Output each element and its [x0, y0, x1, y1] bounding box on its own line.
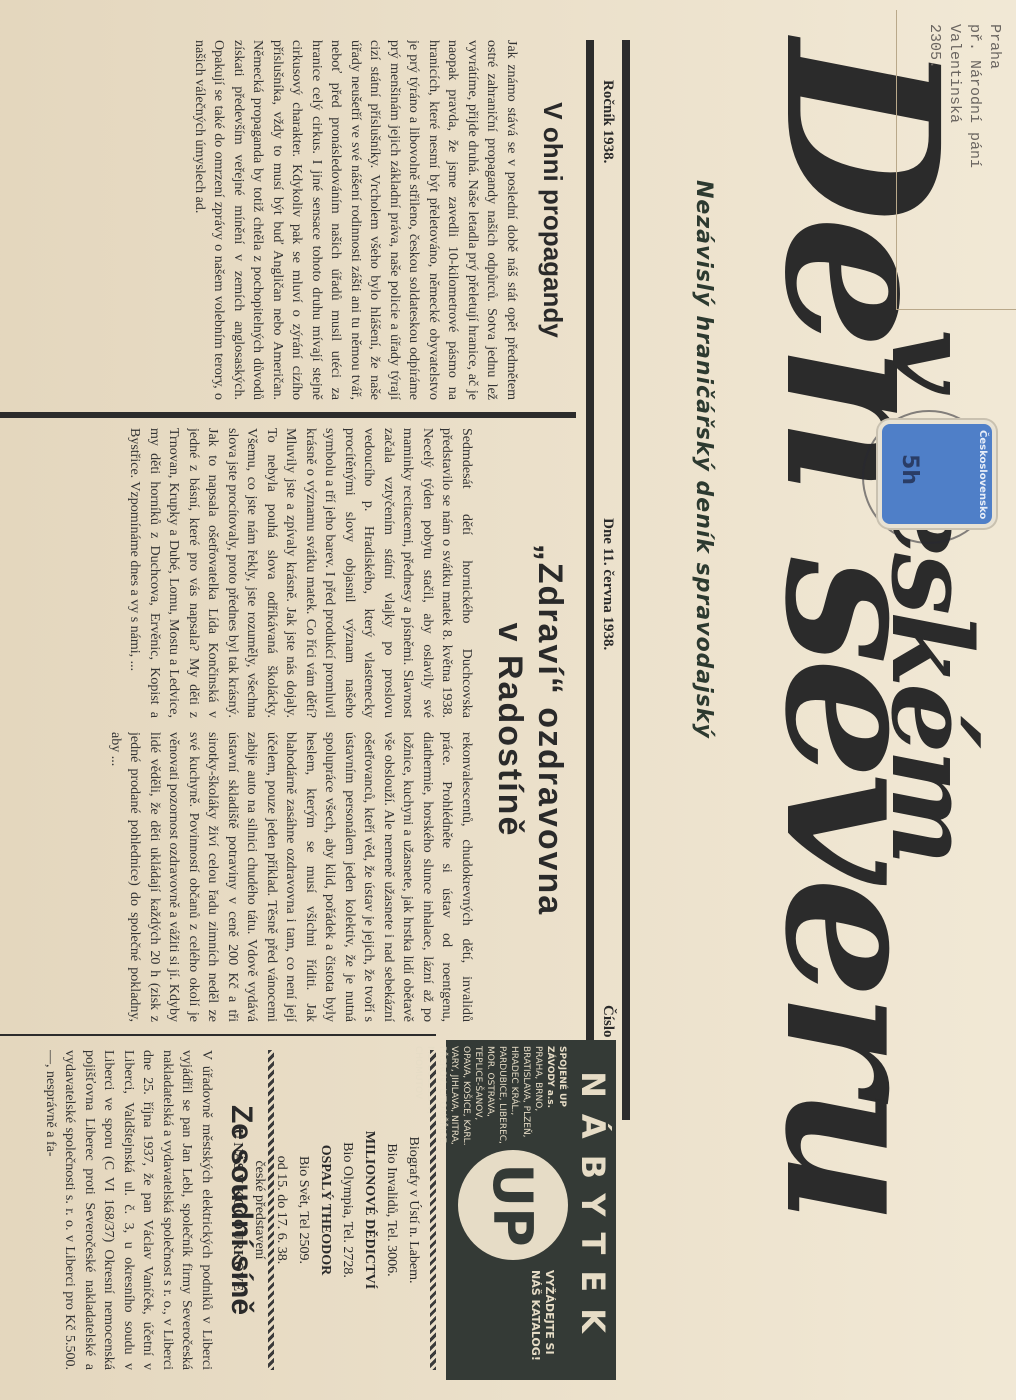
- up-logo: UP: [458, 1150, 568, 1260]
- headline-zdravi: „Zdraví“ ozdravovna v Radostíně: [490, 420, 570, 1040]
- headline-zdravi-line2: v Radostíně: [490, 420, 530, 1040]
- article-zdravi-body-col1: Sedmdesát dětí hornického Duchcovska pře…: [1, 428, 476, 718]
- address-line: Valentinská: [944, 24, 964, 295]
- headline-propaganda: V ohni propagandy: [537, 40, 568, 400]
- dateline-bar: Ročník 1938. Dne 11. června 1938. Číslo …: [586, 40, 630, 1120]
- address-line: 2305.: [924, 24, 944, 295]
- postage-stamp: Československo 5h: [878, 420, 996, 528]
- furniture-ad: NÁBYTEK UP SPOJENÉ UP ZÁVODY a.s. PRAHA,…: [446, 1040, 616, 1380]
- headline-soud: Ze soudní síně: [224, 1050, 258, 1370]
- newspaper-page: Den severu v českém Nezávislý hraničářsk…: [0, 0, 1016, 1400]
- ad-title: NÁBYTEK: [574, 1040, 612, 1380]
- issue-date: Dne 11. června 1938.: [600, 518, 617, 650]
- article-zdravi-body-col2: rekonvalescentů, chudokrevných dětí, inv…: [1, 732, 476, 1022]
- article-propaganda-body: Jak známo stává se v poslední době náš s…: [1, 40, 521, 400]
- address-line: Praha: [984, 24, 1004, 295]
- headline-zdravi-line1: „Zdraví“ ozdravovna: [530, 420, 570, 1040]
- column-rule: [0, 1034, 436, 1036]
- zigzag-rule: [268, 1050, 274, 1370]
- address-line: př. Národní pání: [964, 24, 984, 295]
- masthead-subtitle: Nezávislý hraničářský deník spravodajský: [691, 180, 716, 739]
- zigzag-rule: [430, 1050, 436, 1370]
- cinema-venue: Bio Olympia, Tel. 2728.: [336, 1060, 358, 1360]
- cinema-film: OSPALÝ THEODOR: [314, 1060, 336, 1360]
- ad-cta: VYŽÁDEJTE SI NÁŠ KATALOG!: [528, 1270, 556, 1374]
- cinema-heading: Biografy v Ústí n. Labem.: [402, 1060, 424, 1360]
- stamp-country: Československo: [977, 430, 988, 519]
- cinema-film: MILIONOVÉ DĚDICTVÍ: [358, 1060, 380, 1360]
- address-label: Praha př. Národní pání Valentinská 2305.: [896, 10, 1016, 310]
- volume-label: Ročník 1938.: [600, 80, 617, 163]
- cinema-venue: Bio Svět, Tel 2509.: [292, 1060, 314, 1360]
- column-rule: [0, 412, 576, 418]
- ad-company: SPOJENÉ UP ZÁVODY a.s.: [544, 1046, 568, 1146]
- stamp-value: 5h: [897, 454, 922, 485]
- cinema-venue: Bio Invalidů, Tel. 3006.: [380, 1060, 402, 1360]
- article-soud-body: V úřadovně městských elektrických podnik…: [0, 1050, 216, 1370]
